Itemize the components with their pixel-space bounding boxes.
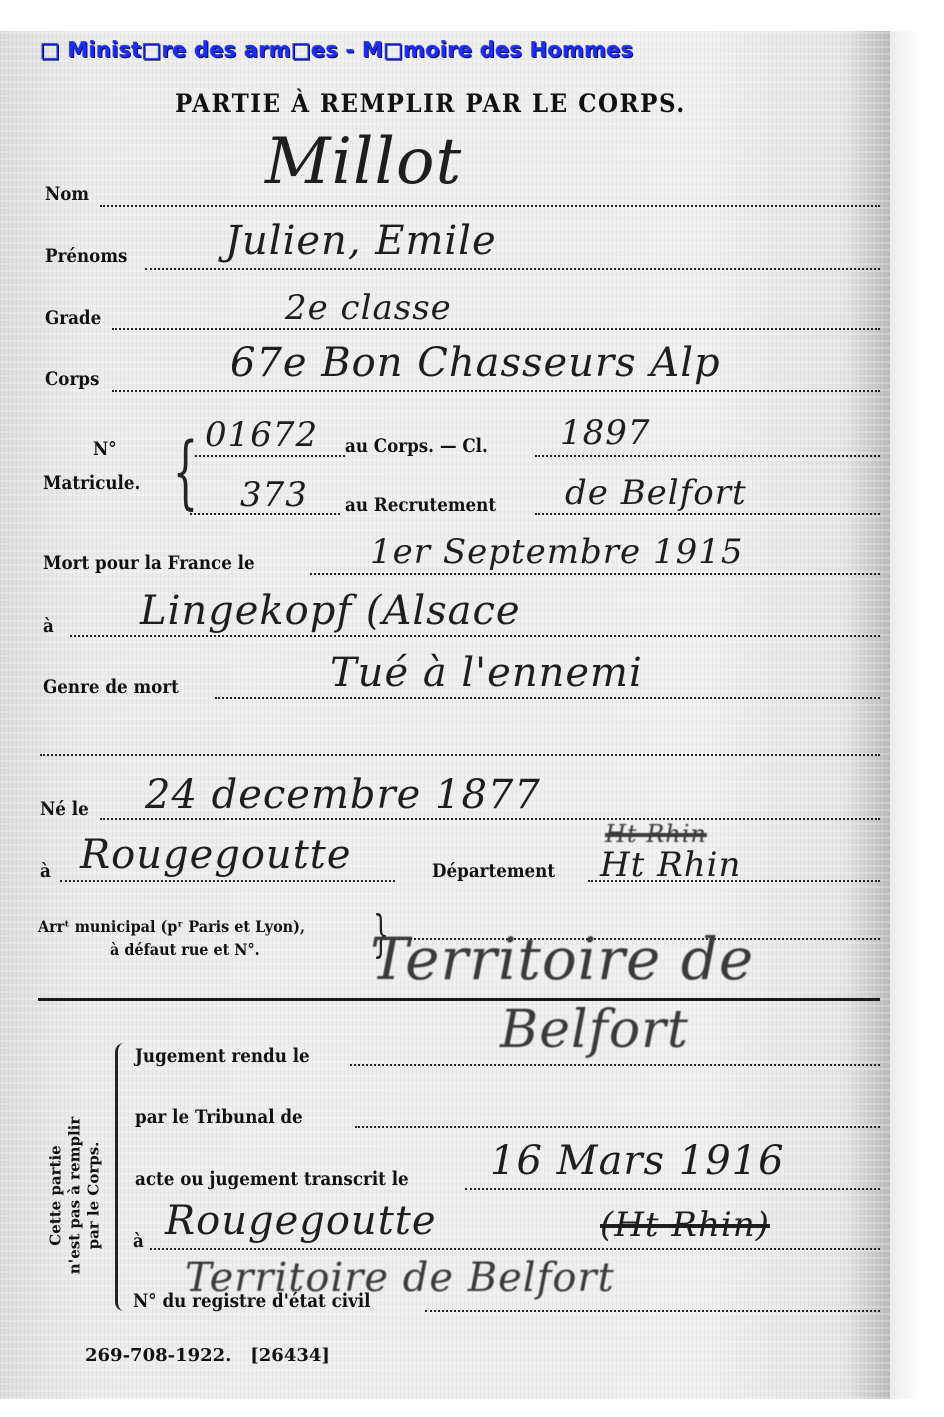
line-nom	[100, 205, 880, 207]
line-prenoms	[145, 268, 880, 270]
line-jugement	[350, 1064, 880, 1066]
label-ne-a: à	[40, 860, 51, 882]
line-transcrit	[465, 1188, 880, 1190]
label-arrondissement-1: Arrᵗ municipal (pʳ Paris et Lyon),	[38, 917, 305, 936]
value-transcrit: 16 Mars 1916	[490, 1138, 785, 1184]
value-prenoms: Julien, Emile	[225, 218, 497, 264]
value-ne-le: 24 decembre 1877	[145, 772, 541, 818]
label-transcrit: acte ou jugement transcrit le	[135, 1168, 409, 1190]
label-ne-le: Né le	[40, 798, 89, 820]
value-classe: 1897	[560, 413, 651, 453]
value-nom: Millot	[265, 125, 462, 199]
form-title: PARTIE À REMPLIR PAR LE CORPS.	[175, 89, 686, 119]
label-transcrit-lieu: à	[133, 1230, 144, 1252]
brace-lower-section	[115, 1043, 124, 1311]
line-ne-le	[100, 818, 880, 820]
label-prenoms: Prénoms	[45, 245, 127, 267]
label-matricule: Matricule.	[43, 472, 140, 494]
label-tribunal: par le Tribunal de	[135, 1106, 303, 1128]
value-genre-mort: Tué à l'ennemi	[330, 650, 643, 696]
value-transcrit-lieu-struck: (Ht Rhin)	[600, 1205, 770, 1245]
value-corps: 67e Bon Chasseurs Alp	[230, 340, 721, 386]
line-blank	[40, 754, 880, 756]
value-departement-struck: Ht Rhin	[605, 820, 707, 848]
label-mort-lieu: à	[43, 615, 54, 637]
side-note-line-3: par le Corps.	[85, 1116, 104, 1274]
section-divider	[38, 998, 880, 1001]
line-genre-mort	[215, 697, 880, 699]
value-departement: Ht Rhin	[600, 845, 741, 885]
value-mort-date: 1er Septembre 1915	[370, 532, 744, 572]
line-grade	[112, 328, 880, 330]
label-au-corps-classe: au Corps. — Cl.	[345, 435, 488, 457]
value-recrutement: de Belfort	[565, 473, 747, 513]
side-note-line-1: Cette partie	[47, 1116, 66, 1274]
side-note: Cette partie n'est pas à remplir par le …	[30, 1080, 120, 1310]
value-mort-lieu: Lingekopf (Alsace	[140, 588, 521, 634]
line-tribunal	[355, 1126, 880, 1128]
line-classe	[535, 455, 880, 457]
line-transcrit-lieu	[150, 1248, 880, 1250]
value-ne-a: Rougegoutte	[80, 832, 352, 878]
label-grade: Grade	[45, 307, 101, 329]
label-genre-mort: Genre de mort	[43, 676, 179, 698]
label-recrutement: au Recrutement	[345, 494, 496, 516]
side-note-line-2: n'est pas à remplir	[66, 1116, 85, 1274]
label-matricule-no: N°	[93, 438, 117, 460]
line-matricule-corps	[195, 455, 345, 457]
form-reference: 269-708-1922. [26434]	[85, 1345, 330, 1366]
line-ne-a	[60, 880, 395, 882]
label-corps: Corps	[45, 368, 99, 390]
brace-matricule: {	[173, 425, 198, 518]
watermark: □ Minist□re des arm□es - M□moire des Hom…	[40, 38, 633, 62]
line-registre	[425, 1310, 880, 1312]
value-registre: Territoire de Belfort	[185, 1255, 615, 1301]
scan-edge-shadow	[890, 31, 920, 1399]
value-grade: 2e classe	[285, 288, 452, 328]
line-mort-lieu	[70, 635, 880, 637]
line-mort-date	[310, 573, 880, 575]
label-jugement: Jugement rendu le	[135, 1045, 310, 1067]
label-arrondissement-2: à défaut rue et N°.	[110, 940, 260, 959]
line-corps	[112, 390, 880, 392]
value-transcrit-lieu: Rougegoutte	[165, 1198, 437, 1244]
label-mort-date: Mort pour la France le	[43, 552, 255, 574]
line-recrutement	[535, 513, 880, 515]
label-departement: Département	[432, 860, 555, 882]
value-arrondissement-1: Territoire de	[370, 925, 754, 993]
value-arrondissement-2: Belfort	[500, 1000, 689, 1060]
value-recrutement-number: 373	[240, 475, 308, 515]
value-matricule-corps: 01672	[205, 415, 318, 455]
label-nom: Nom	[45, 183, 89, 205]
